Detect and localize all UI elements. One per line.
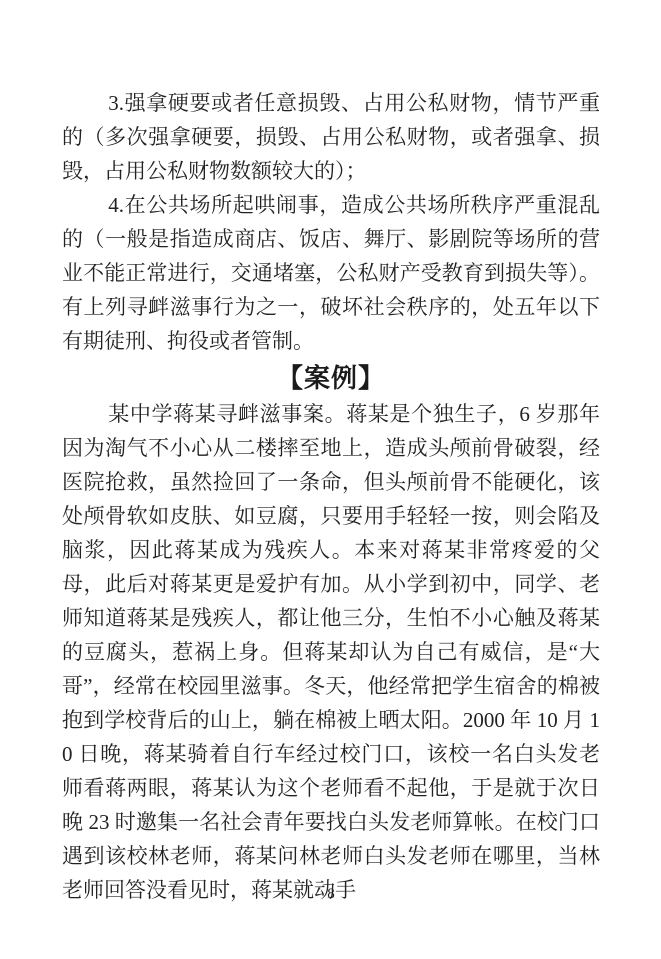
body-paragraph-item-4: 4.在公共场所起哄闹事，造成公共场所秩序严重混乱的（一般是指造成商店、饭店、舞厅… xyxy=(62,188,600,358)
document-text-block: 3.强拿硬要或者任意损毁、占用公私财物，情节严重的（多次强拿硬要，损毁、占用公私… xyxy=(62,86,600,907)
case-body-paragraph: 某中学蒋某寻衅滋事案。蒋某是个独生子，6 岁那年因为淘气不小心从二楼摔至地上，造… xyxy=(62,397,600,907)
body-paragraph-item-3: 3.强拿硬要或者任意损毁、占用公私财物，情节严重的（多次强拿硬要，损毁、占用公私… xyxy=(62,86,600,188)
page-number: 8 xyxy=(62,884,600,904)
case-section-heading: 【案例】 xyxy=(62,361,600,395)
document-page: 3.强拿硬要或者任意损毁、占用公私财物，情节严重的（多次强拿硬要，损毁、占用公私… xyxy=(0,0,661,959)
